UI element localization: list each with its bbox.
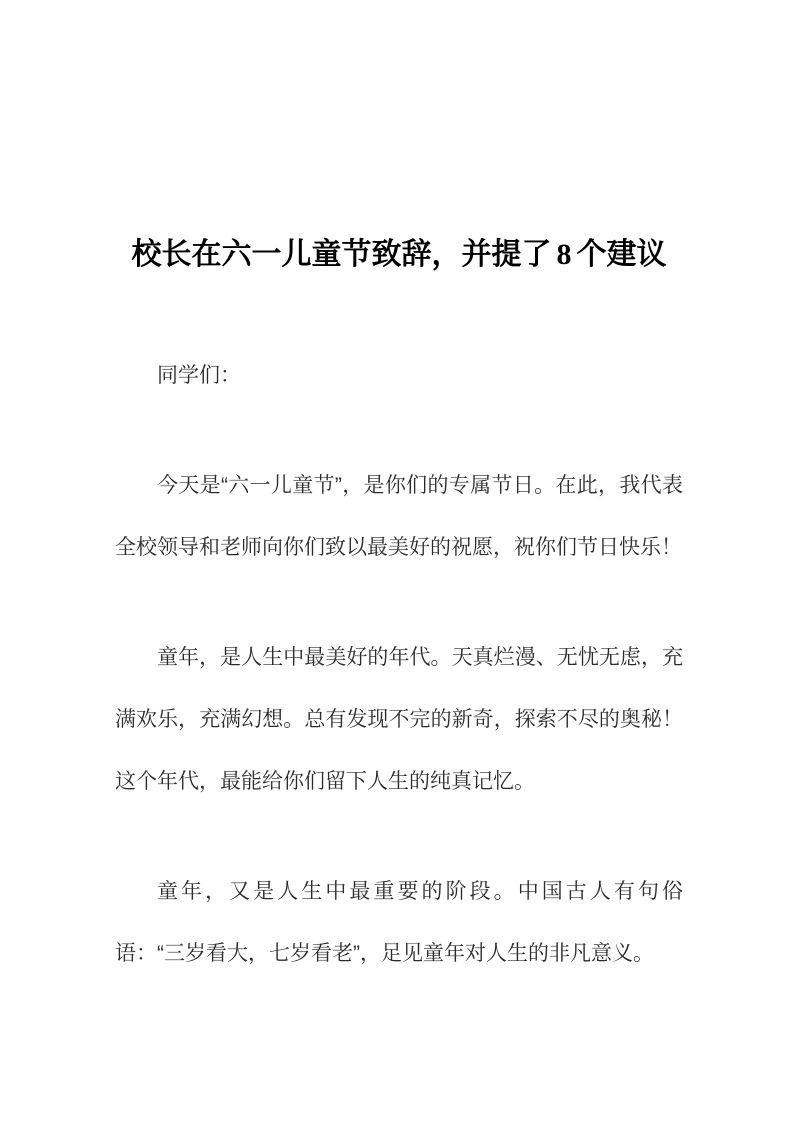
paragraph-childhood-important-stage: 童年，又是人生中最重要的阶段。中国古人有句俗语：“三岁看大，七岁看老”，足见童年… [115,861,683,985]
document-title-prefix: 校长在六一儿童节致辞，并提了 [132,238,552,271]
paragraph-greeting: 今天是“六一儿童节”，是你们的专属节日。在此，我代表全校领导和老师向你们致以最美… [115,455,683,579]
paragraph-childhood-best-years: 童年，是人生中最美好的年代。天真烂漫、无忧无虑，充满欢乐，充满幻想。总有发现不完… [115,627,683,813]
document-title-number: 8 [557,238,572,271]
document-title-suffix: 个建议 [577,238,667,271]
document-title: 校长在六一儿童节致辞，并提了8个建议 [115,237,683,273]
salutation-line: 同学们： [115,345,683,407]
document-page: 校长在六一儿童节致辞，并提了8个建议 同学们： 今天是“六一儿童节”，是你们的专… [0,0,793,1122]
